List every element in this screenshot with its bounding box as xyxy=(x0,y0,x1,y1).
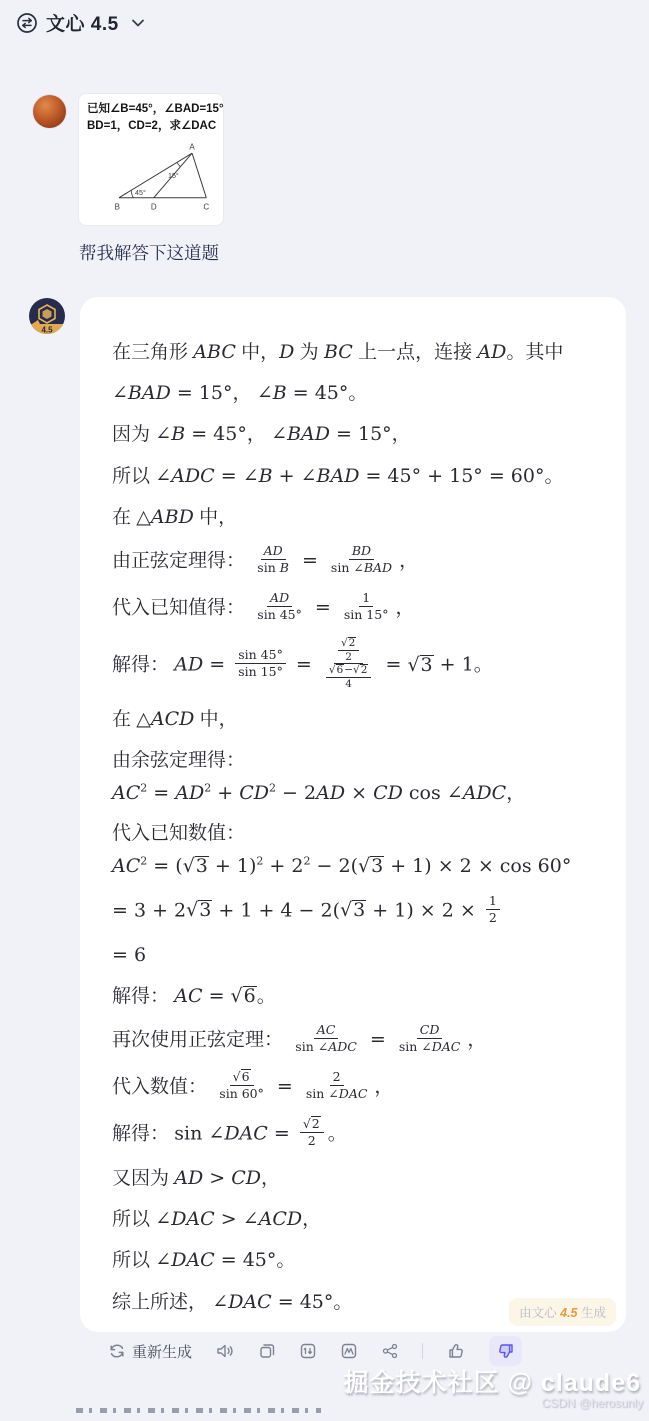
triangle-diagram: A B D C 45° 15° xyxy=(87,137,217,221)
response-line: 解得： sin ∠DAC = √22。 xyxy=(112,1118,594,1151)
question-image-attachment[interactable]: 已知∠B=45°，∠BAD=15° BD=1，CD=2，求∠DAC A B D … xyxy=(78,93,224,226)
response-line: AC2 = AD2 + CD2 − 2AD × CD cos ∠ADC， xyxy=(112,780,594,807)
user-avatar xyxy=(33,95,66,128)
truncated-followup-text xyxy=(76,1408,321,1413)
thumbs-up-button[interactable] xyxy=(446,1341,466,1361)
question-image-text-line2: BD=1，CD=2，求∠DAC xyxy=(87,118,215,135)
angle-label-a: 15° xyxy=(168,172,179,180)
badge-version: 4.5 xyxy=(560,1306,577,1320)
assistant-avatar: 4.5 xyxy=(28,297,66,335)
watermark-secondary: CSDN @herosunly xyxy=(541,1396,643,1410)
user-message-text: 帮我解答下这道题 xyxy=(79,240,219,265)
vertex-label-d: D xyxy=(151,203,157,212)
response-line: = 3 + 2√3 + 1 + 4 − 2(√3 + 1) × 2 × 12 xyxy=(112,895,594,928)
chevron-down-icon xyxy=(131,18,145,28)
vertex-label-b: B xyxy=(115,203,120,212)
question-image-text-line1: 已知∠B=45°，∠BAD=15° xyxy=(87,101,215,118)
response-line: 又因为 AD > CD， xyxy=(112,1165,594,1192)
vertex-label-c: C xyxy=(203,203,209,212)
thumbs-down-icon xyxy=(496,1341,516,1361)
response-line: AC2 = (√3 + 1)2 + 22 − 2(√3 + 1) × 2 × c… xyxy=(112,853,594,880)
assistant-response-card: 在三角形 ABC 中，D 为 BC 上一点，连接 AD。其中∠BAD = 15°… xyxy=(80,297,626,1332)
response-line: 解得： AD = sin 45°sin 15° = √22√6−√24 = √3… xyxy=(112,639,594,692)
share-button[interactable] xyxy=(381,1342,399,1360)
export-button[interactable] xyxy=(299,1342,317,1360)
image-mode-button[interactable] xyxy=(340,1342,358,1360)
regenerate-icon xyxy=(108,1342,126,1360)
response-line: 所以 ∠DAC > ∠ACD， xyxy=(112,1206,594,1233)
watermark-primary: 掘金技术社区 @ claude6 xyxy=(344,1363,641,1399)
regenerate-button[interactable]: 重新生成 xyxy=(108,1341,192,1362)
response-line: = 6 xyxy=(112,942,594,969)
toolbar-divider xyxy=(422,1343,423,1359)
svg-text:4.5: 4.5 xyxy=(41,326,53,335)
share-icon xyxy=(381,1342,399,1360)
response-line: 再次使用正弦定理： ACsin ∠ADC = CDsin ∠DAC， xyxy=(112,1024,594,1057)
response-line: 在三角形 ABC 中，D 为 BC 上一点，连接 AD。其中 xyxy=(112,339,594,366)
response-line: 代入已知值得： ADsin 45° = 1sin 15°， xyxy=(112,592,594,625)
response-line: 在 △ABD 中， xyxy=(112,504,594,531)
copy-button[interactable] xyxy=(258,1342,276,1360)
thumbs-down-button[interactable] xyxy=(489,1336,522,1366)
response-line: 由正弦定理得： ADsin B = BDsin ∠BAD， xyxy=(112,545,594,578)
regenerate-label: 重新生成 xyxy=(132,1341,192,1362)
response-line: 解得： AC = √6。 xyxy=(112,983,594,1010)
image-icon xyxy=(340,1342,358,1360)
speaker-icon xyxy=(215,1342,235,1360)
response-line: 所以 ∠DAC = 45°。 xyxy=(112,1247,594,1274)
response-line: ∠BAD = 15°， ∠B = 45°。 xyxy=(112,380,594,407)
copy-icon xyxy=(258,1342,276,1360)
response-line: 因为 ∠B = 45°， ∠BAD = 15°， xyxy=(112,421,594,448)
model-selector[interactable]: 文心 4.5 xyxy=(16,9,145,36)
response-content: 在三角形 ABC 中，D 为 BC 上一点，连接 AD。其中∠BAD = 15°… xyxy=(112,339,594,1316)
thumbs-up-icon xyxy=(446,1341,466,1361)
response-line: 由余弦定理得： xyxy=(112,748,594,774)
response-line: 在 △ACD 中， xyxy=(112,706,594,733)
generated-by-badge: 由文心 4.5 生成 xyxy=(509,1298,616,1326)
response-line: 所以 ∠ADC = ∠B + ∠BAD = 45° + 15° = 60°。 xyxy=(112,463,594,490)
vertex-label-a: A xyxy=(189,143,195,152)
response-line: 代入已知数值： xyxy=(112,821,594,847)
model-name: 文心 4.5 xyxy=(46,9,119,36)
angle-label-b: 45° xyxy=(135,189,146,197)
response-line: 代入数值： √6sin 60° = 2sin ∠DAC， xyxy=(112,1071,594,1104)
model-switch-icon xyxy=(16,12,38,34)
read-aloud-button[interactable] xyxy=(215,1342,235,1360)
export-icon xyxy=(299,1342,317,1360)
